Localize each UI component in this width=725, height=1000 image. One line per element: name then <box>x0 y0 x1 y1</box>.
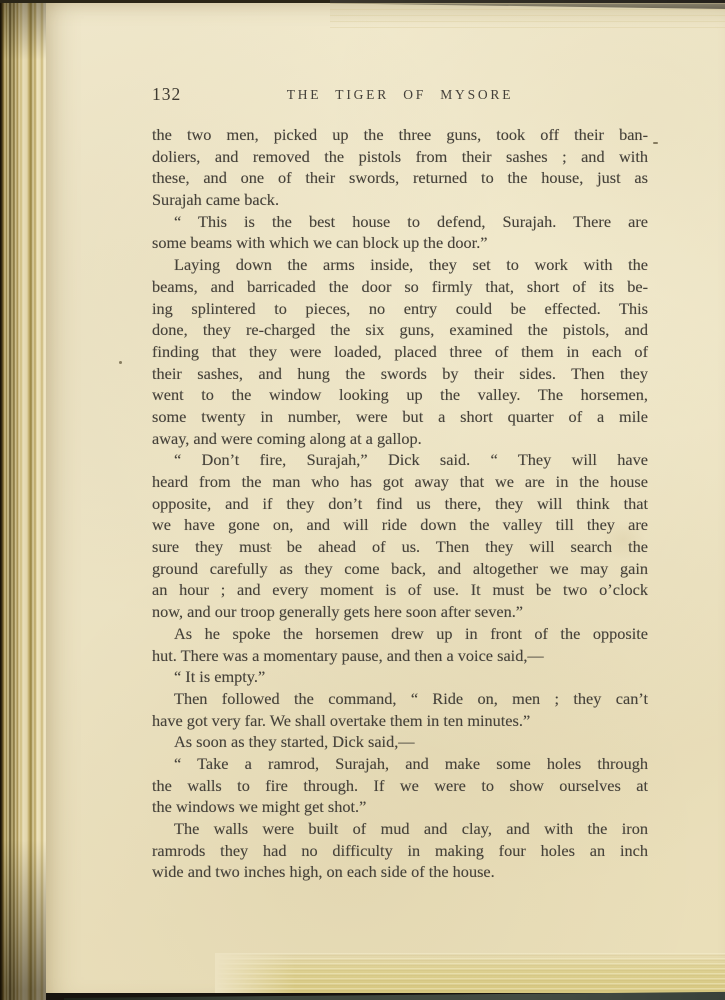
page-number: 132 <box>152 84 181 105</box>
paragraph: “ Take a ramrod, Surajah, and make some … <box>152 753 648 818</box>
text-line: these, and one of their swords, returned… <box>152 167 648 189</box>
text-line: the walls to fire through. If we were to… <box>152 775 648 797</box>
text-line: ramrods they had no difficulty in making… <box>152 840 648 862</box>
text-line: The walls were built of mud and clay, an… <box>152 818 648 840</box>
page-header: 132 THE TIGER OF MYSORE <box>152 84 648 103</box>
text-line: their sashes, and hung the swords by the… <box>152 363 648 385</box>
paragraph: “ It is empty.” <box>152 666 648 688</box>
running-title: THE TIGER OF MYSORE <box>152 84 648 103</box>
page-stack-fore-edge <box>215 953 725 993</box>
paragraph: Then followed the command, “ Ride on, me… <box>152 688 648 731</box>
text-line: ground carefully as they come back, and … <box>152 558 648 580</box>
text-line: As soon as they started, Dick said,— <box>152 731 648 753</box>
text-line: some twenty in number, were but a short … <box>152 406 648 428</box>
text-line: the windows we might get shot.” <box>152 796 648 818</box>
text-line: Then followed the command, “ Ride on, me… <box>152 688 648 710</box>
text-line: we have gone on, and will ride down the … <box>152 514 648 536</box>
paragraph: “ Don’t fire, Surajah,” Dick said. “ The… <box>152 449 648 623</box>
text-line: an hour ; and every moment is of use. It… <box>152 579 648 601</box>
text-line: beams, and barricaded the door so firmly… <box>152 276 648 298</box>
paragraph: “ This is the best house to defend, Sura… <box>152 211 648 254</box>
paragraph: As he spoke the horsemen drew up in fron… <box>152 623 648 666</box>
text-line: wide and two inches high, on each side o… <box>152 861 648 883</box>
text-line: sure they must be ahead of us. Then they… <box>152 536 648 558</box>
ink-speck <box>119 361 122 364</box>
text-line: hut. There was a momentary pause, and th… <box>152 645 648 667</box>
text-line: now, and our troop generally gets here s… <box>152 601 648 623</box>
text-line: Laying down the arms inside, they set to… <box>152 254 648 276</box>
text-line: Surajah came back. <box>152 189 648 211</box>
text-line: “ It is empty.” <box>152 666 648 688</box>
text-line: “ This is the best house to defend, Sura… <box>152 211 648 233</box>
text-line: “ Take a ramrod, Surajah, and make some … <box>152 753 648 775</box>
text-line: done, they re-charged the six guns, exam… <box>152 319 648 341</box>
page-stack-top-edges <box>330 3 725 29</box>
book-page-scan: 132 THE TIGER OF MYSORE the two men, pic… <box>0 0 725 1000</box>
text-line: the two men, picked up the three guns, t… <box>152 124 648 146</box>
paragraph: The walls were built of mud and clay, an… <box>152 818 648 883</box>
text-line: doliers, and removed the pistols from th… <box>152 146 648 168</box>
ink-speck <box>270 547 272 549</box>
text-line: finding that they were loaded, placed th… <box>152 341 648 363</box>
text-line: “ Don’t fire, Surajah,” Dick said. “ The… <box>152 449 648 471</box>
ink-speck <box>653 142 658 144</box>
text-line: ing splintered to pieces, no entry could… <box>152 298 648 320</box>
book-binding-edge <box>0 0 46 1000</box>
text-line: some beams with which we can block up th… <box>152 232 648 254</box>
text-line: opposite, and if they don’t find us ther… <box>152 493 648 515</box>
paper-stain <box>600 520 646 560</box>
paragraph: Laying down the arms inside, they set to… <box>152 254 648 449</box>
text-line: went to the window looking up the valley… <box>152 384 648 406</box>
paragraph: the two men, picked up the three guns, t… <box>152 124 648 211</box>
text-line: have got very far. We shall overtake the… <box>152 710 648 732</box>
text-line: heard from the man who has got away that… <box>152 471 648 493</box>
text-line: away, and were coming along at a gallop. <box>152 428 648 450</box>
text-line: As he spoke the horsemen drew up in fron… <box>152 623 648 645</box>
paragraph: As soon as they started, Dick said,— <box>152 731 648 753</box>
body-text: the two men, picked up the three guns, t… <box>152 124 648 883</box>
binding-shadow <box>0 0 46 1000</box>
